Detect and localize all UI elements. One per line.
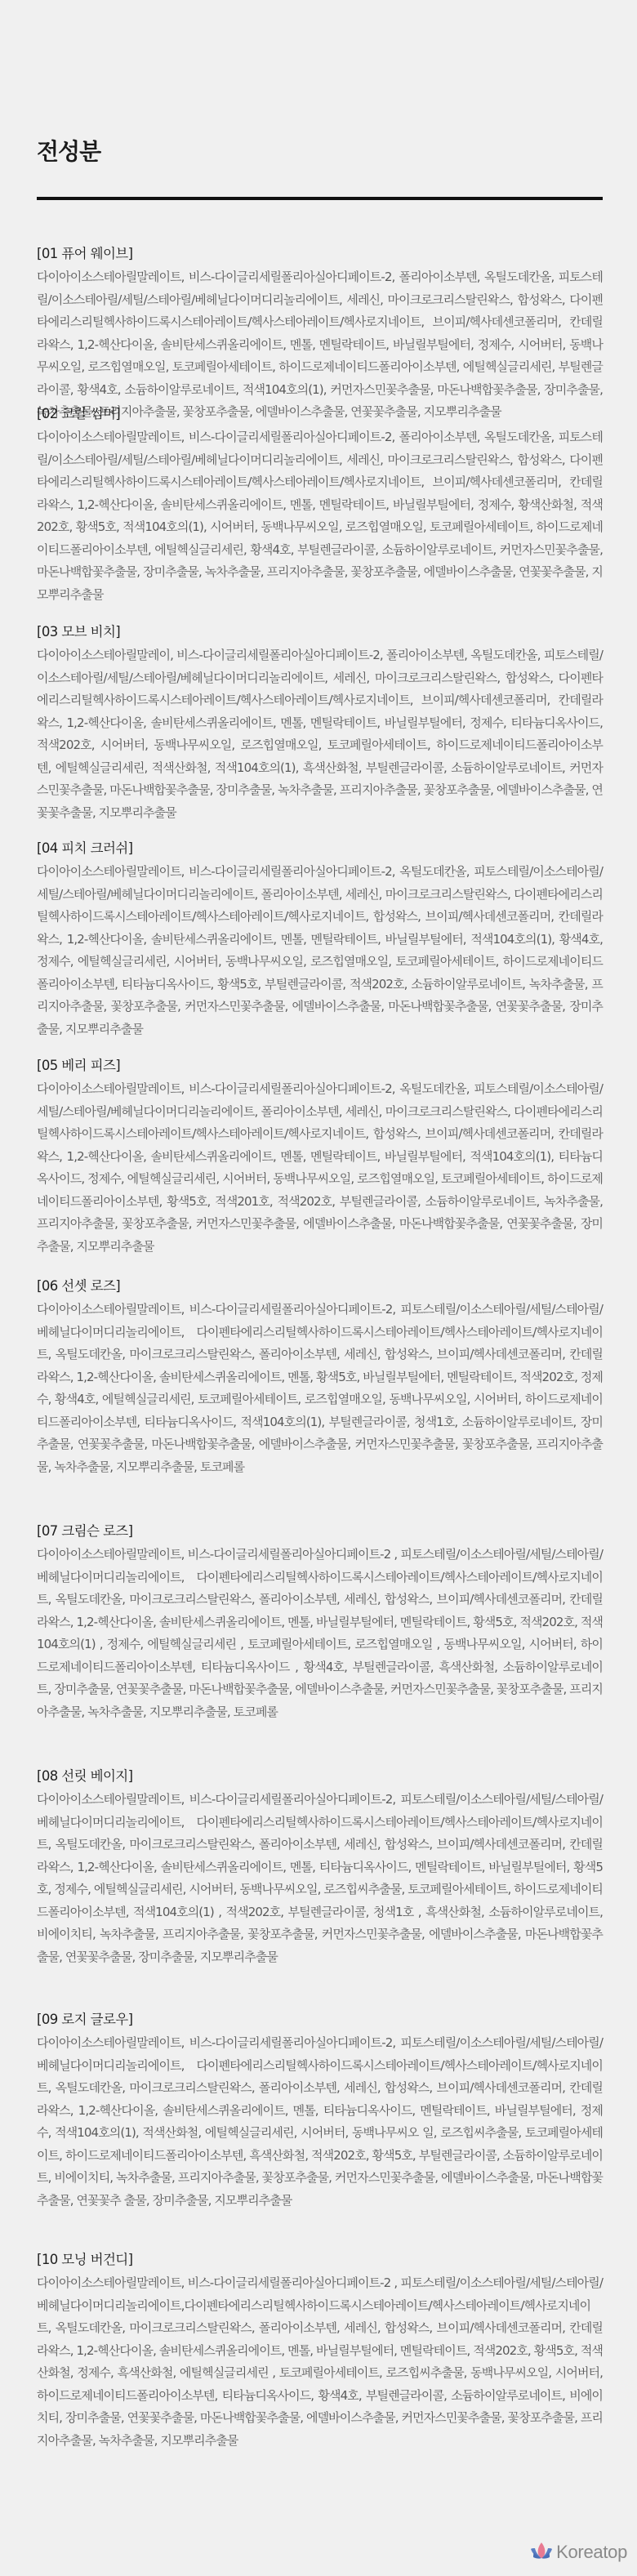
ingredient-list: 다이아이소스테아릴말레이, 비스-다이글리세릴폴리아실아디페이트-2, 폴리아이… xyxy=(37,644,603,824)
section-title: [03 모브 비치] xyxy=(37,620,603,644)
ingredient-list: 다이아이소스테아릴말레이트, 비스-다이글리세릴폴리아실아디페이트-2, 피토스… xyxy=(37,1299,603,1478)
section-01: [01 퓨어 웨이브] 다이아이소스테아릴말레이트, 비스-다이글리세릴폴리아실… xyxy=(37,242,603,424)
koreatop-logo: Koreatop xyxy=(529,2541,627,2564)
section-07: [07 크림슨 로즈] 다이아이소스테아릴말레이트, 비스-다이글리세릴폴리아실… xyxy=(37,1519,603,1723)
section-10: [10 모닝 버건디] 다이아이소스테아릴말레이트, 비스-다이글리세릴폴리아실… xyxy=(37,2248,603,2452)
section-04: [04 피치 크러쉬] 다이아이소스테아릴말레이트, 비스-다이글리세릴폴리아실… xyxy=(37,836,603,1041)
section-title: [07 크림슨 로즈] xyxy=(37,1519,603,1544)
ingredient-list: 다이아이소스테아릴말레이트, 비스-다이글리세릴폴리아실아디페이트-2 , 피토… xyxy=(37,1544,603,1723)
section-09: [09 로지 글로우] 다이아이소스테아릴말레이트, 비스-다이글리세릴폴리아실… xyxy=(37,2008,603,2212)
section-08: [08 선릿 베이지] 다이아이소스테아릴말레이트, 비스-다이글리세릴폴리아실… xyxy=(37,1764,603,1968)
section-06: [06 선셋 로즈] 다이아이소스테아릴말레이트, 비스-다이글리세릴폴리아실아… xyxy=(37,1274,603,1478)
section-title: [08 선릿 베이지] xyxy=(37,1764,603,1789)
section-title: [10 모닝 버건디] xyxy=(37,2248,603,2272)
section-title: [09 로지 글로우] xyxy=(37,2008,603,2032)
ingredient-list: 다이아이소스테아릴말레이트, 비스-다이글리세릴폴리아실아디페이트-2, 피토스… xyxy=(37,2032,603,2212)
section-title: [01 퓨어 웨이브] xyxy=(37,242,603,266)
logo-text: Koreatop xyxy=(556,2542,627,2563)
title-divider xyxy=(37,197,603,200)
section-03: [03 모브 비치] 다이아이소스테아릴말레이, 비스-다이글리세릴폴리아실아디… xyxy=(37,620,603,824)
ingredient-list: 다이아이소스테아릴말레이트, 비스-다이글리세릴폴리아실아디페이트-2, 폴리아… xyxy=(37,426,603,606)
section-05: [05 베리 피즈] 다이아이소스테아릴말레이트, 비스-다이글리세릴폴리아실아… xyxy=(37,1054,603,1258)
ingredient-list: 다이아이소스테아릴말레이트, 비스-다이글리세릴폴리아실아디페이트-2, 옥틸도… xyxy=(37,1078,603,1258)
page-title: 전성분 xyxy=(37,134,100,167)
ingredient-list: 다이아이소스테아릴말레이트, 비스-다이글리세릴폴리아실아디페이트-2, 옥틸도… xyxy=(37,861,603,1041)
section-02: [02 코랄 썸머] 다이아이소스테아릴말레이트, 비스-다이글리세릴폴리아실아… xyxy=(37,402,603,606)
section-title: [04 피치 크러쉬] xyxy=(37,836,603,861)
ingredient-list: 다이아이소스테아릴말레이트, 비스-다이글리세릴폴리아실아디페이트-2, 폴리아… xyxy=(37,266,603,424)
ingredient-list: 다이아이소스테아릴말레이트, 비스-다이글리세릴폴리아실아디페이트-2 , 피토… xyxy=(37,2272,603,2452)
section-title: [02 코랄 썸머] xyxy=(37,402,603,426)
section-title: [05 베리 피즈] xyxy=(37,1054,603,1078)
ingredient-list: 다이아이소스테아릴말레이트, 비스-다이글리세릴폴리아실아디페이트-2, 피토스… xyxy=(37,1789,603,1968)
lotus-icon xyxy=(529,2541,554,2564)
section-title: [06 선셋 로즈] xyxy=(37,1274,603,1299)
